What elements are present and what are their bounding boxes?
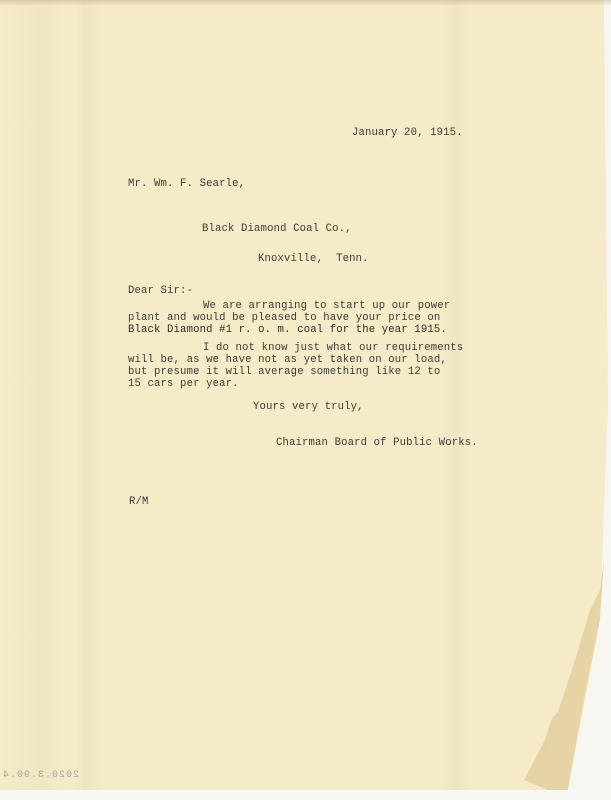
scan-background-strip (0, 790, 611, 800)
accession-number-bleedthrough: 2020.3.90.4 (2, 770, 79, 781)
paragraph-line: Black Diamond #1 r. o. m. coal for the y… (128, 324, 447, 336)
salutation: Dear Sir:- (128, 285, 193, 297)
paragraph-line: will be, as we have not as yet taken on … (128, 354, 447, 366)
paper-top-edge (0, 0, 611, 6)
paragraph-line: but presume it will average something li… (128, 366, 440, 378)
recipient-company: Black Diamond Coal Co., (202, 223, 352, 235)
signature-title: Chairman Board of Public Works. (276, 437, 478, 449)
paragraph-line: I do not know just what our requirements (203, 342, 463, 354)
recipient-city: Knoxville, Tenn. (258, 253, 369, 265)
letter-date: January 20, 1915. (352, 127, 463, 139)
closing: Yours very truly, (253, 401, 364, 413)
paper-sheet (0, 0, 611, 790)
paragraph-line: 15 cars per year. (128, 378, 239, 390)
paragraph-line: We are arranging to start up our power (203, 300, 450, 312)
typist-initials: R/M (129, 496, 149, 508)
paragraph-line: plant and would be pleased to have your … (128, 312, 440, 324)
recipient-name: Mr. Wm. F. Searle, (128, 178, 245, 190)
letter-page: January 20, 1915. Mr. Wm. F. Searle, Bla… (0, 0, 611, 800)
